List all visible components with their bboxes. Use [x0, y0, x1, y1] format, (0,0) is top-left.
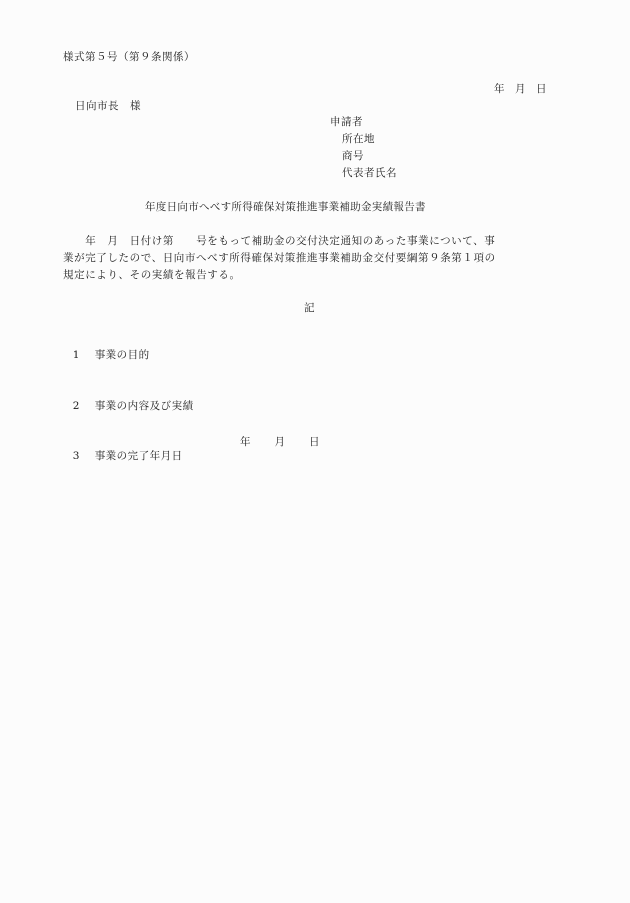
item-label: 事業の目的 — [95, 349, 150, 361]
report-date: 年 月 日 — [494, 82, 547, 96]
document-title: 年度日向市へべす所得確保対策推進事業補助金実績報告書 — [145, 200, 426, 214]
body-paragraph: 年 月 日付け第 号をもって補助金の交付決定通知のあった事業について、事 業が完… — [63, 233, 563, 284]
item-number: 1 — [73, 348, 95, 362]
item-purpose: 1事業の目的 — [65, 334, 150, 362]
item-content: 2事業の内容及び実績 — [65, 385, 194, 413]
completion-date-value: 年 月 日 — [240, 435, 321, 449]
item-number: 2 — [73, 399, 95, 413]
body-line: 業が完了したので、日向市へべす所得確保対策推進事業補助金交付要綱第９条第１項の — [63, 250, 563, 267]
body-line: 規定により、その実績を報告する。 — [63, 267, 563, 284]
applicant-trade-name-label: 商号 — [342, 149, 364, 163]
ki-heading: 記 — [304, 301, 315, 315]
item-completion-date: 3事業の完了年月日 — [65, 435, 183, 463]
item-label: 事業の内容及び実績 — [95, 400, 194, 412]
item-number: 3 — [73, 449, 95, 463]
item-label: 事業の完了年月日 — [95, 450, 183, 462]
addressee: 日向市長 様 — [75, 99, 141, 113]
form-number: 様式第５号（第９条関係） — [63, 50, 195, 64]
body-line: 年 月 日付け第 号をもって補助金の交付決定通知のあった事業について、事 — [63, 233, 563, 250]
applicant-representative-label: 代表者氏名 — [342, 166, 397, 180]
applicant-label: 申請者 — [330, 115, 363, 129]
applicant-address-label: 所在地 — [342, 132, 375, 146]
